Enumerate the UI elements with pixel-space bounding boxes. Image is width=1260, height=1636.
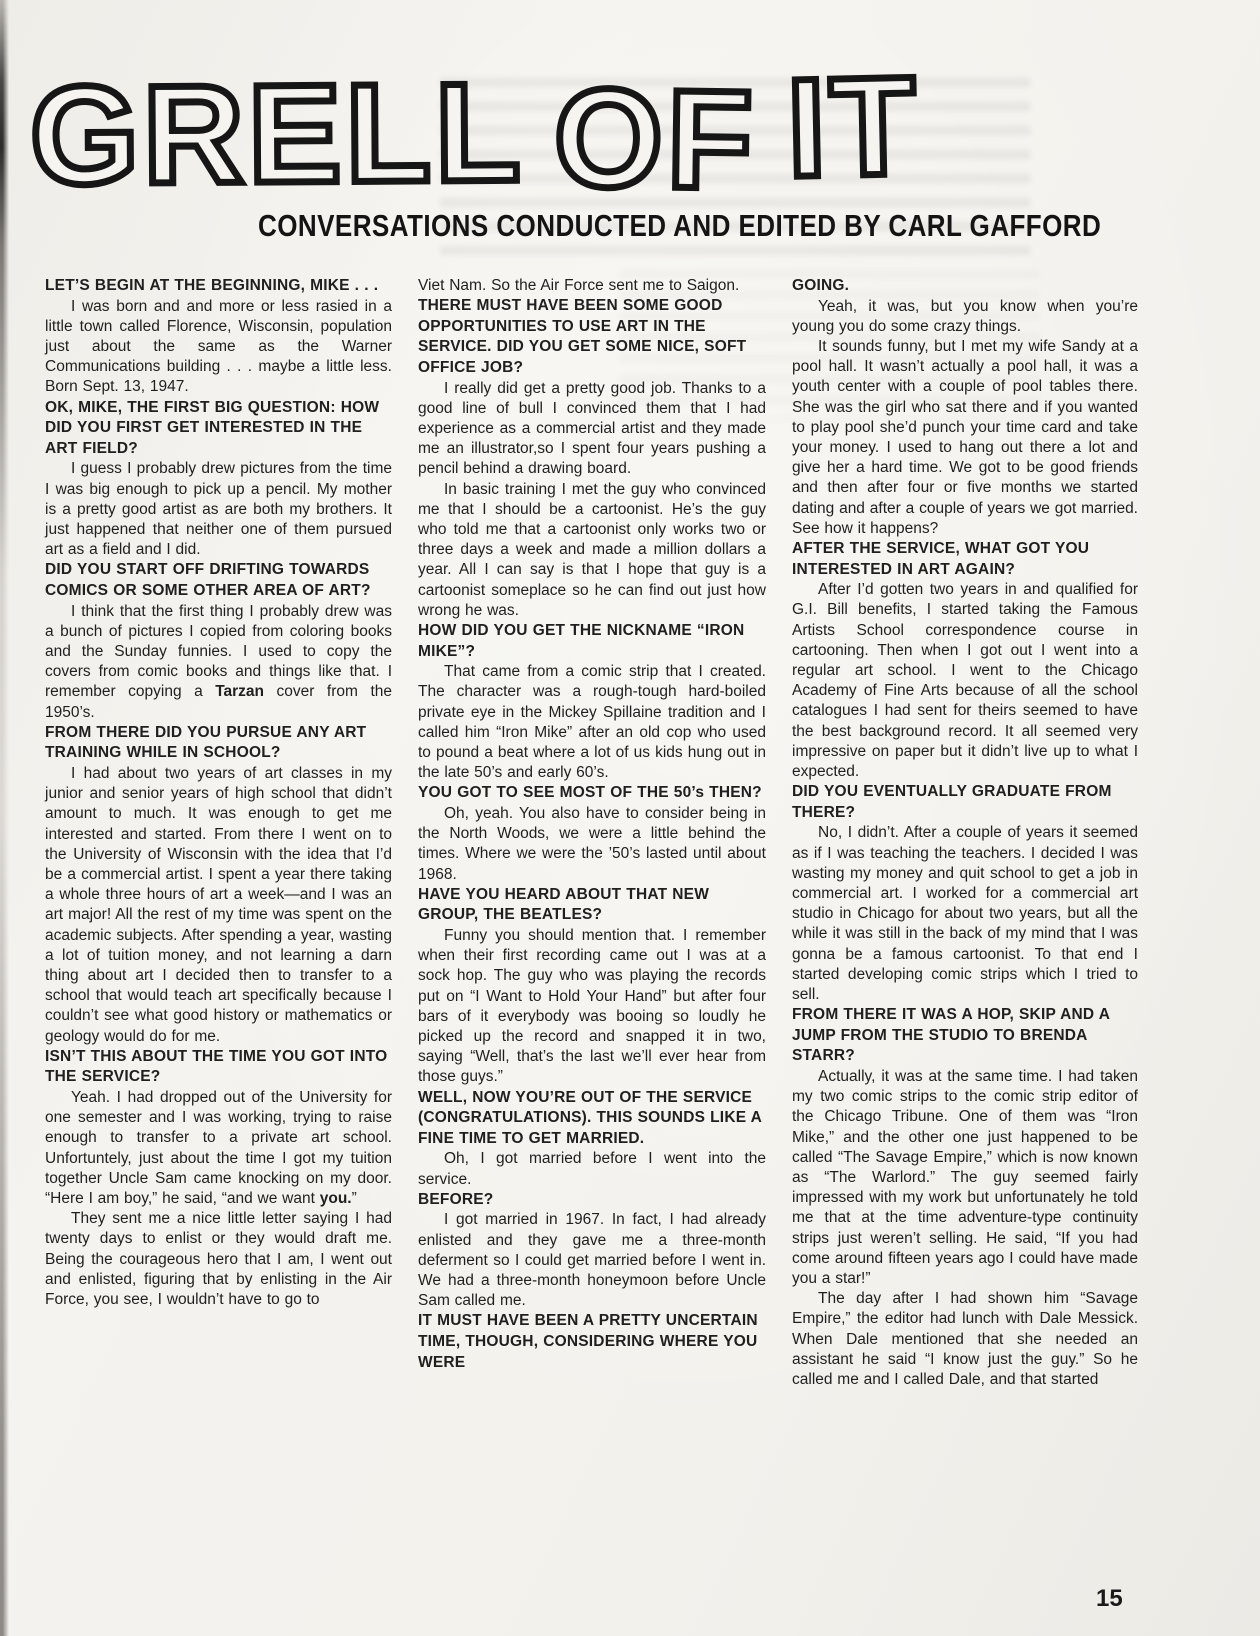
interview-question: YOU GOT TO SEE MOST OF THE 50’s THEN? (418, 783, 766, 804)
interview-answer: I guess I probably drew pictures from th… (45, 459, 392, 560)
interview-answer: Yeah. I had dropped out of the Universit… (45, 1088, 392, 1209)
title-word: GRELL (30, 62, 525, 205)
interview-answer: I was born and and more or less rasied i… (45, 297, 392, 398)
article-body: LET’S BEGIN AT THE BEGINNING, MIKE . . .… (45, 276, 1138, 1390)
interview-question: OK, MIKE, THE FIRST BIG QUESTION: HOW DI… (45, 398, 392, 460)
interview-question: GOING. (792, 276, 1138, 297)
interview-answer: Funny you should mention that. I remembe… (418, 926, 766, 1088)
interview-question: FROM THERE DID YOU PURSUE ANY ART TRAINI… (45, 723, 392, 764)
bold-emphasis: you. (320, 1190, 352, 1207)
interview-answer: Viet Nam. So the Air Force sent me to Sa… (418, 276, 766, 296)
interview-answer: Oh, yeah. You also have to consider bein… (418, 804, 766, 885)
interview-answer: They sent me a nice little letter saying… (45, 1209, 392, 1310)
interview-question: WELL, NOW YOU’RE OUT OF THE SERVICE (CON… (418, 1088, 766, 1150)
article-column-3: GOING.Yeah, it was, but you know when yo… (792, 276, 1138, 1390)
interview-question: LET’S BEGIN AT THE BEGINNING, MIKE . . . (45, 276, 392, 297)
interview-question: HAVE YOU HEARD ABOUT THAT NEW GROUP, THE… (418, 885, 766, 926)
interview-answer: I think that the first thing I probably … (45, 602, 392, 723)
article-byline: CONVERSATIONS CONDUCTED AND EDITED BY CA… (258, 210, 1101, 241)
article-column-1: LET’S BEGIN AT THE BEGINNING, MIKE . . .… (45, 276, 392, 1390)
interview-question: THERE MUST HAVE BEEN SOME GOOD OPPORTUNI… (418, 296, 766, 378)
interview-answer: Yeah, it was, but you know when you’re y… (792, 297, 1138, 337)
interview-answer: The day after I had shown him “Savage Em… (792, 1289, 1138, 1390)
interview-answer: That came from a comic strip that I crea… (418, 662, 766, 783)
interview-question: FROM THERE IT WAS A HOP, SKIP AND A JUMP… (792, 1005, 1138, 1067)
page-number: 15 (1096, 1585, 1123, 1613)
interview-answer: I really did get a pretty good job. Than… (418, 379, 766, 480)
title-word: IT (785, 56, 920, 199)
article-column-2: Viet Nam. So the Air Force sent me to Sa… (418, 276, 766, 1390)
interview-answer: No, I didn’t. After a couple of years it… (792, 823, 1138, 1005)
interview-question: DID YOU START OFF DRIFTING TOWARDS COMIC… (45, 560, 392, 601)
bold-emphasis: Tarzan (215, 683, 264, 700)
article-title: GRELL OF IT (30, 64, 919, 204)
magazine-page: GRELL OF IT CONVERSATIONS CONDUCTED AND … (0, 0, 1260, 1636)
interview-answer: I had about two years of art classes in … (45, 764, 392, 1047)
interview-answer: After I’d gotten two years in and qualif… (792, 580, 1138, 782)
interview-question: DID YOU EVENTUALLY GRADUATE FROM THERE? (792, 782, 1138, 823)
interview-answer: Actually, it was at the same time. I had… (792, 1067, 1138, 1289)
interview-answer: In basic training I met the guy who conv… (418, 480, 766, 621)
interview-question: AFTER THE SERVICE, WHAT GOT YOU INTEREST… (792, 539, 1138, 580)
interview-question: HOW DID YOU GET THE NICKNAME “IRON MIKE”… (418, 621, 766, 662)
interview-question: ISN’T THIS ABOUT THE TIME YOU GOT INTO T… (45, 1047, 392, 1088)
interview-answer: It sounds funny, but I met my wife Sandy… (792, 337, 1138, 539)
title-word: OF (553, 68, 757, 211)
scan-edge-artifact (0, 0, 9, 1636)
interview-answer: I got married in 1967. In fact, I had al… (418, 1210, 766, 1311)
interview-question: BEFORE? (418, 1190, 766, 1211)
interview-question: IT MUST HAVE BEEN A PRETTY UNCERTAIN TIM… (418, 1311, 766, 1373)
interview-answer: Oh, I got married before I went into the… (418, 1149, 766, 1189)
